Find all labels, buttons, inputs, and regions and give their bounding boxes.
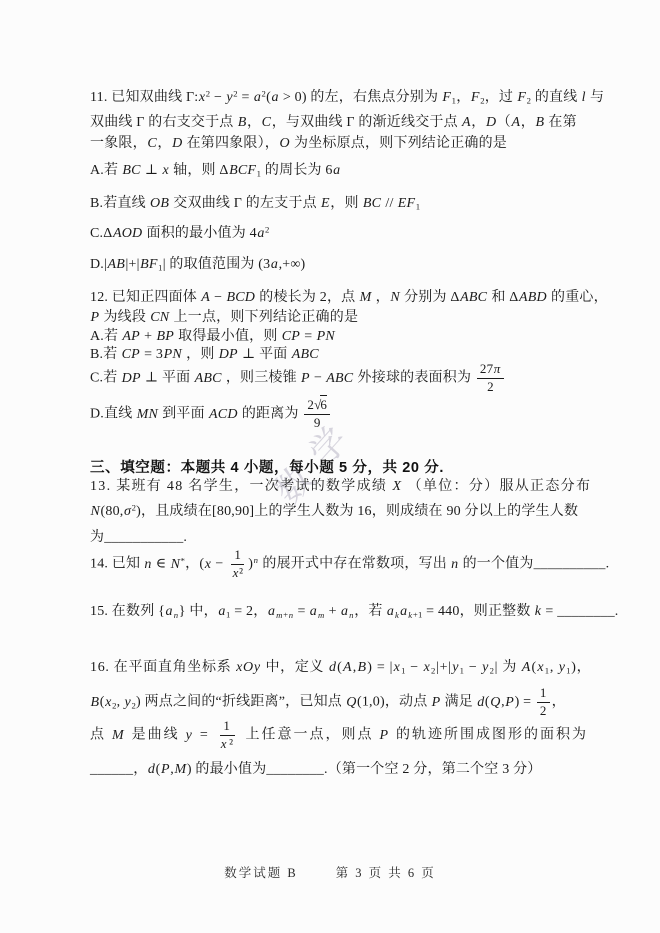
q13-line-2: N(80,σ2)，且成绩在[80,90]上的学生人数为 16，则成绩在 90 分…: [90, 502, 610, 522]
footer-page-number: 第 3 页 共 6 页: [336, 863, 436, 881]
q12-line-2: P 为线段 CN 上一点，则下列结论正确的是: [90, 308, 610, 328]
q12-option-a: A.若 AP + BP 取得最小值，则 CP = PN: [90, 327, 610, 347]
q12-line-1: 12. 已知正四面体 A − BCD 的棱长为 2，点 M ，N 分别为 ΔAB…: [90, 288, 610, 308]
q11-option-a: A.若 BC ⊥ x 轴，则 ΔBCF1 的周长为 6a: [90, 161, 610, 181]
section-3-header: 三、填空题：本题共 4 小题，每小题 5 分，共 20 分.: [90, 458, 610, 478]
q11-option-b: B.若直线 OB 交双曲线 Γ 的左支于点 E，则 BC // EF1: [90, 194, 610, 214]
q15-line-1: 15. 在数列 {an} 中，a1 = 2，am+n = am + an，若 a…: [90, 602, 610, 622]
q11-option-d: D.|AB|+|BF1| 的取值范围为 (3a,+∞): [90, 255, 610, 275]
q13-line-3: 为___________.: [90, 528, 610, 548]
exam-page: 数学 11. 已知双曲线 Γ:x2 − y2 = a2(a > 0) 的左，右焦…: [0, 0, 660, 933]
q11-option-c: C.ΔAOD 面积的最小值为 4a2: [90, 224, 610, 244]
q16-line-1: 16. 在平面直角坐标系 xOy 中，定义 d(A,B) = |x1 − x2|…: [90, 658, 610, 678]
q16-line-4: ______，d(P,M) 的最小值为________.（第一个空 2 分，第二…: [90, 760, 610, 780]
q14-line-1: 14. 已知 n ∈ N*，(x − 1x²)n 的展开式中存在常数项，写出 n…: [90, 548, 610, 581]
q16-line-3: 点 M 是曲线 y = 1x² 上任意一点，则点 P 的轨迹所围成图形的面积为: [90, 719, 610, 752]
q13-line-1: 13. 某班有 48 名学生，一次考试的数学成绩 X （单位：分）服从正态分布: [90, 477, 610, 497]
q16-line-2: B(x2, y2) 两点之间的“折线距离”，已知点 Q(1,0)，动点 P 满足…: [90, 686, 610, 719]
footer-doc-title: 数学试题 B: [224, 863, 297, 881]
q12-option-c: C.若 DP ⊥ 平面 ABC ，则三棱锥 P − ABC 外接球的表面积为 2…: [90, 362, 610, 395]
q11-line-3: 一象限，C，D 在第四象限），O 为坐标原点，则下列结论正确的是: [90, 134, 610, 154]
q11-line-2: 双曲线 Γ 的右支交于点 B，C，与双曲线 Γ 的渐近线交于点 A，D（A，B …: [90, 113, 610, 133]
page-footer: 数学试题 B 第 3 页 共 6 页: [0, 863, 660, 881]
q12-option-d: D.直线 MN 到平面 ACD 的距离为 2√69: [90, 398, 610, 431]
q11-line-1: 11. 已知双曲线 Γ:x2 − y2 = a2(a > 0) 的左，右焦点分别…: [90, 88, 610, 108]
